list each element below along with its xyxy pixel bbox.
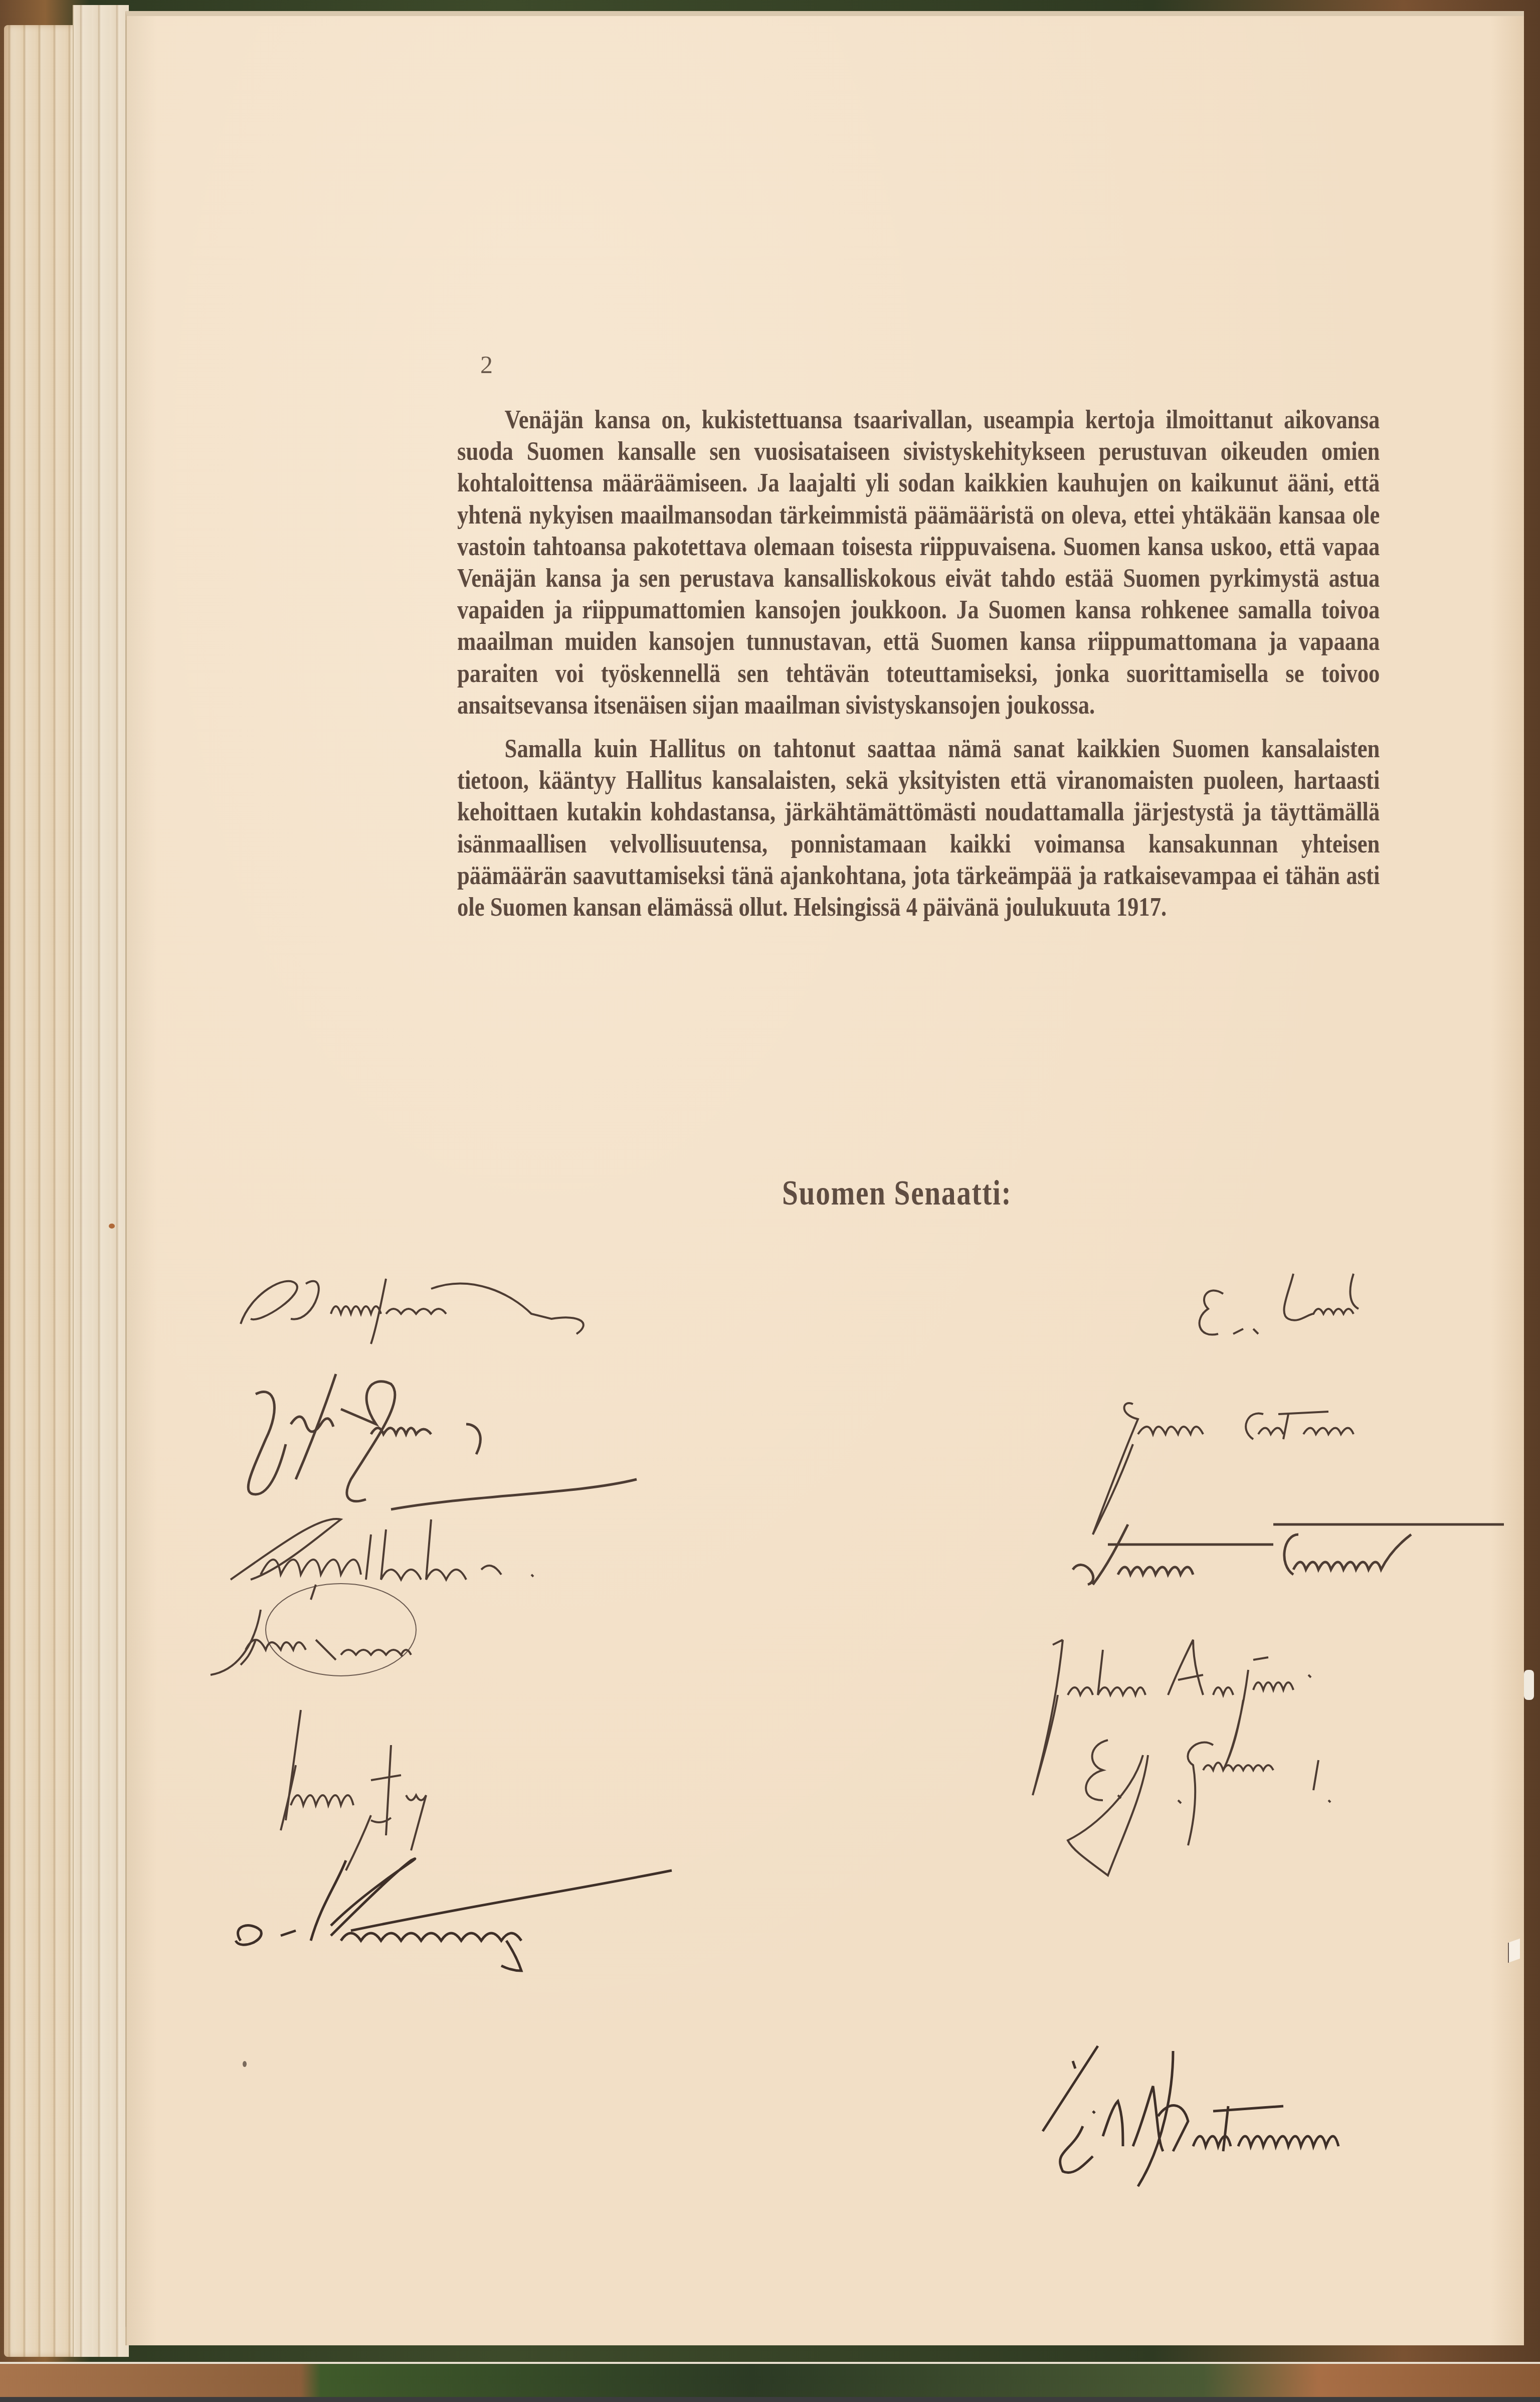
document-body: Venäjän kansa on, kukistettuansa tsaariv… xyxy=(457,404,1250,935)
signature-kaarlo: O. Kaarlo Hauhinen xyxy=(221,1845,692,1971)
signatory-heading: Suomen Senaatti: xyxy=(782,1173,1012,1214)
paragraph-2-text: Samalla kuin Hallitus on tahtonut saatta… xyxy=(457,735,1380,922)
signature-pehkonen: E.Y. Pehkonen. xyxy=(1048,1725,1429,1891)
ink-spot xyxy=(109,1224,115,1229)
signature-rautavaara-icon xyxy=(1023,2021,1474,2186)
signature-arthur-castren-icon xyxy=(1063,1504,1514,1605)
paper-speck xyxy=(243,2061,247,2067)
signature-pehkonen-icon xyxy=(1048,1725,1429,1891)
binding-thread xyxy=(1524,1670,1534,1700)
page-stack-inner xyxy=(73,5,129,2357)
paragraph-1-text: Venäjän kansa on, kukistettuansa tsaariv… xyxy=(457,406,1380,720)
page-number: 2 xyxy=(480,350,493,379)
paragraph-1: Venäjän kansa on, kukistettuansa tsaariv… xyxy=(457,404,1380,721)
signature-arthur-castren: Arthur Castrén xyxy=(1063,1504,1514,1605)
book-cover-bottom-edge xyxy=(0,2362,1540,2402)
paragraph-2: Samalla kuin Hallitus on tahtonut saatta… xyxy=(457,733,1380,923)
signature-svinhufvud-icon xyxy=(231,1264,642,1354)
signature-kaarlo-icon xyxy=(221,1845,692,1971)
signature-kallio-icon xyxy=(226,1364,657,1524)
signature-setala-icon xyxy=(1193,1264,1454,1354)
signature-kallio: Kyösti Kallio. xyxy=(226,1364,657,1524)
signature-rautavaara: A.A. Rautavaara xyxy=(1023,2021,1474,2186)
signature-setala: E. N. Setälä xyxy=(1193,1264,1454,1354)
signature-svinhufvud: P.E. Svinhufvud. xyxy=(231,1264,642,1354)
gutter-edge xyxy=(125,20,126,2327)
